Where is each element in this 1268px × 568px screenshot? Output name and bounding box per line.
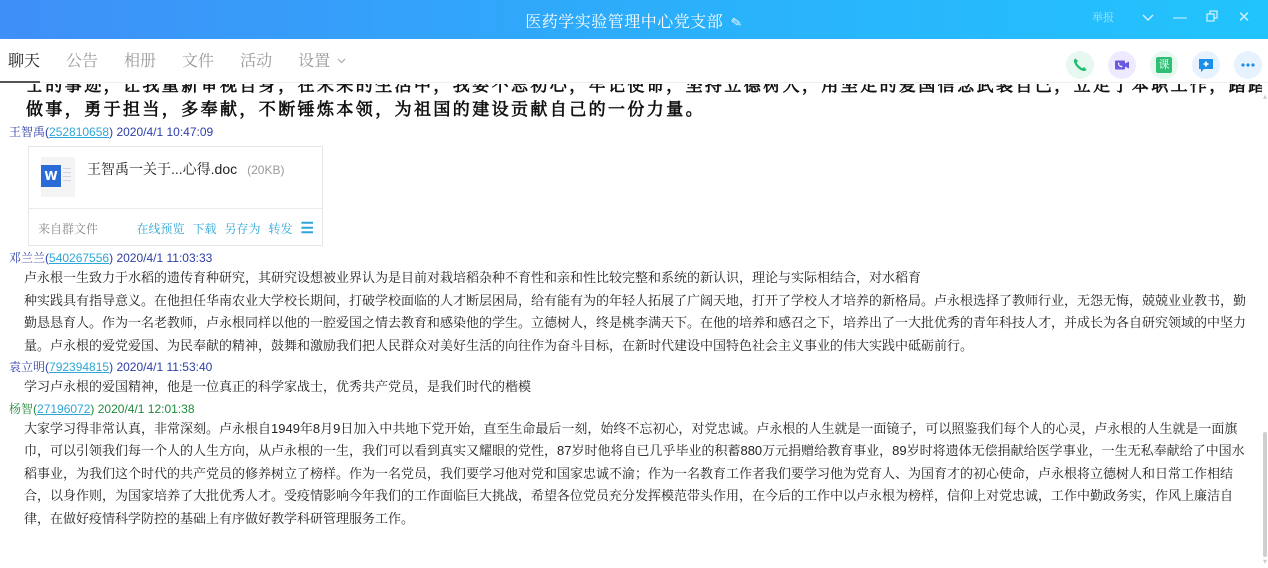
tab-files[interactable]: 文件 [182, 39, 214, 83]
close-button[interactable]: ✕ [1228, 8, 1260, 26]
more-options-button[interactable] [1234, 51, 1262, 79]
file-source-label: 来自群文件 [38, 220, 98, 237]
chat-scrollbar[interactable] [1263, 84, 1268, 568]
message-text-line: 做事，勇于担当，多奉献，不断锤炼本领，为祖国的建设贡献自己的一份力量。 [0, 98, 1262, 122]
sender-name[interactable]: 王智禹 [9, 125, 45, 139]
report-button[interactable]: 举报 [1092, 9, 1114, 25]
file-info: W 王智禹一关于...心得.doc(20KB) [29, 147, 322, 209]
phone-icon [1072, 57, 1088, 73]
word-logo: W [41, 165, 61, 187]
chat-history: 士的事迹，让我重新审视自身，在未来的生活中，我要不忘初心，牢记使命，坚持立德树人… [0, 84, 1262, 568]
file-actions: 来自群文件 在线预览 下载 另存为 转发 ☰ [29, 208, 322, 245]
tab-label: 相册 [124, 51, 156, 70]
chevron-down-icon [334, 56, 346, 67]
sender-id-link[interactable]: 540267556 [49, 251, 109, 265]
message-header: 王智禹(252810658) 2020/4/1 10:47:09 [0, 124, 1262, 141]
tab-activities[interactable]: 活动 [240, 39, 272, 83]
file-size: (20KB) [247, 163, 284, 177]
forward-link[interactable]: 转发 [269, 220, 293, 237]
file-name[interactable]: 王智禹一关于...心得.doc(20KB) [87, 159, 285, 179]
download-link[interactable]: 下载 [193, 220, 217, 237]
more-dots-icon [1240, 57, 1256, 73]
sender-id-link[interactable]: 252810658 [49, 125, 109, 139]
group-toolbar: 聊天 公告 相册 文件 活动 设置 课 [0, 39, 1268, 83]
tab-settings[interactable]: 设置 [298, 39, 346, 83]
window-controls: 举报 — ✕ [1092, 8, 1260, 26]
sender-name[interactable]: 杨智 [9, 402, 33, 416]
message-time: 2020/4/1 11:03:33 [116, 251, 212, 265]
classroom-icon: 课 [1156, 57, 1172, 73]
file-card[interactable]: W 王智禹一关于...心得.doc(20KB) 来自群文件 在线预览 下载 另存… [28, 146, 323, 246]
message-header: 邓兰兰(540267556) 2020/4/1 11:03:33 [0, 250, 1262, 267]
scrollbar-thumb[interactable] [1263, 432, 1267, 557]
classroom-button[interactable]: 课 [1150, 51, 1178, 79]
file-name-text: 王智禹一关于...心得.doc [87, 161, 237, 177]
tab-announcements[interactable]: 公告 [66, 39, 98, 83]
sender-name[interactable]: 袁立明 [9, 360, 45, 374]
sender-id-link[interactable]: 27196072 [37, 402, 90, 416]
save-as-link[interactable]: 另存为 [225, 220, 261, 237]
title-bar: 医药学实验管理中心党支部✎ 举报 — ✕ [0, 0, 1268, 39]
window-title: 医药学实验管理中心党支部✎ [0, 9, 1268, 32]
preview-online-link[interactable]: 在线预览 [136, 220, 184, 237]
tab-label: 活动 [240, 51, 272, 70]
message-text-line: 士的事迹，让我重新审视自身，在未来的生活中，我要不忘初心，牢记使命，坚持立德树人… [0, 84, 1262, 98]
new-chat-button[interactable] [1192, 51, 1220, 79]
tab-label: 聊天 [8, 51, 40, 70]
scroll-down-arrow-icon[interactable]: ▾ [1263, 557, 1267, 566]
tab-label: 文件 [182, 51, 214, 70]
word-document-icon: W [41, 157, 75, 197]
tab-chat[interactable]: 聊天 [8, 39, 40, 83]
dropdown-chevron-icon[interactable] [1132, 8, 1164, 26]
minimize-button[interactable]: — [1164, 8, 1196, 26]
message-text: 学习卢永根的爱国精神，他是一位真正的科学家战士，优秀共产党员，是我们时代的楷模 [0, 376, 1262, 399]
message-time: 2020/4/1 12:01:38 [98, 402, 195, 416]
sender-name[interactable]: 邓兰兰 [9, 251, 45, 265]
tab-label: 公告 [66, 51, 98, 70]
video-call-button[interactable] [1108, 51, 1136, 79]
message-text: 大家学习得非常认真，非常深刻。卢永根自1949年8月9日加入中共地下党开始，直至… [0, 418, 1262, 531]
tab-label: 设置 [298, 51, 330, 70]
sender-id-link[interactable]: 792394815 [49, 360, 109, 374]
message-header: 杨智(27196072) 2020/4/1 12:01:38 [0, 401, 1262, 418]
restore-button[interactable] [1196, 8, 1228, 26]
toolbar-actions: 课 [1066, 51, 1262, 79]
voice-call-button[interactable] [1066, 51, 1094, 79]
tab-album[interactable]: 相册 [124, 39, 156, 83]
message-text: 种实践具有指导意义。在他担任华南农业大学校长期间，打破学校面临的人才断层困局，给… [0, 290, 1262, 358]
tab-bar: 聊天 公告 相册 文件 活动 设置 [8, 39, 372, 83]
message-text: 卢永根一生致力于水稻的遗传育种研究，其研究设想被业界认为是目前对栽培稻杂种不育性… [0, 267, 1262, 290]
edit-icon[interactable]: ✎ [730, 15, 744, 32]
menu-icon[interactable]: ☰ [301, 219, 314, 237]
message-time: 2020/4/1 10:47:09 [116, 125, 213, 139]
add-message-icon [1198, 57, 1214, 73]
video-camera-icon [1114, 57, 1130, 73]
message-time: 2020/4/1 11:53:40 [116, 360, 212, 374]
group-name: 医药学实验管理中心党支部 [525, 12, 723, 31]
message-header: 袁立明(792394815) 2020/4/1 11:53:40 [0, 359, 1262, 376]
